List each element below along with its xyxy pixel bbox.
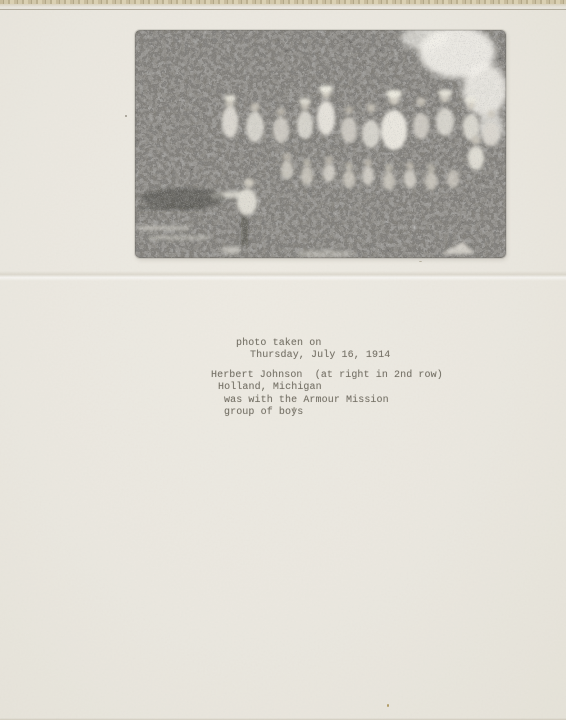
- caption-line-date: Thursday, July 16, 1914: [250, 351, 390, 361]
- paper-speck: [387, 704, 389, 707]
- caption-line-photo-taken: photo taken on: [236, 339, 321, 349]
- paper-speck: [419, 261, 422, 262]
- paper-crease: [0, 271, 566, 281]
- scanned-page: photo taken on Thursday, July 16, 1914 H…: [0, 0, 566, 720]
- annotation-line-name: Herbert Johnson (at right in 2nd row): [211, 371, 443, 381]
- scan-edge-line: [0, 9, 566, 10]
- annotation-line-place: Holland, Michigan: [218, 383, 322, 393]
- scan-edge-fade: [0, 4, 566, 7]
- paper-speck: [125, 115, 127, 117]
- annotation-line-group: group of boys: [224, 408, 303, 418]
- group-photograph-image: [135, 30, 506, 258]
- group-photograph: [135, 30, 506, 258]
- annotation-line-mission: was with the Armour Mission: [224, 396, 389, 406]
